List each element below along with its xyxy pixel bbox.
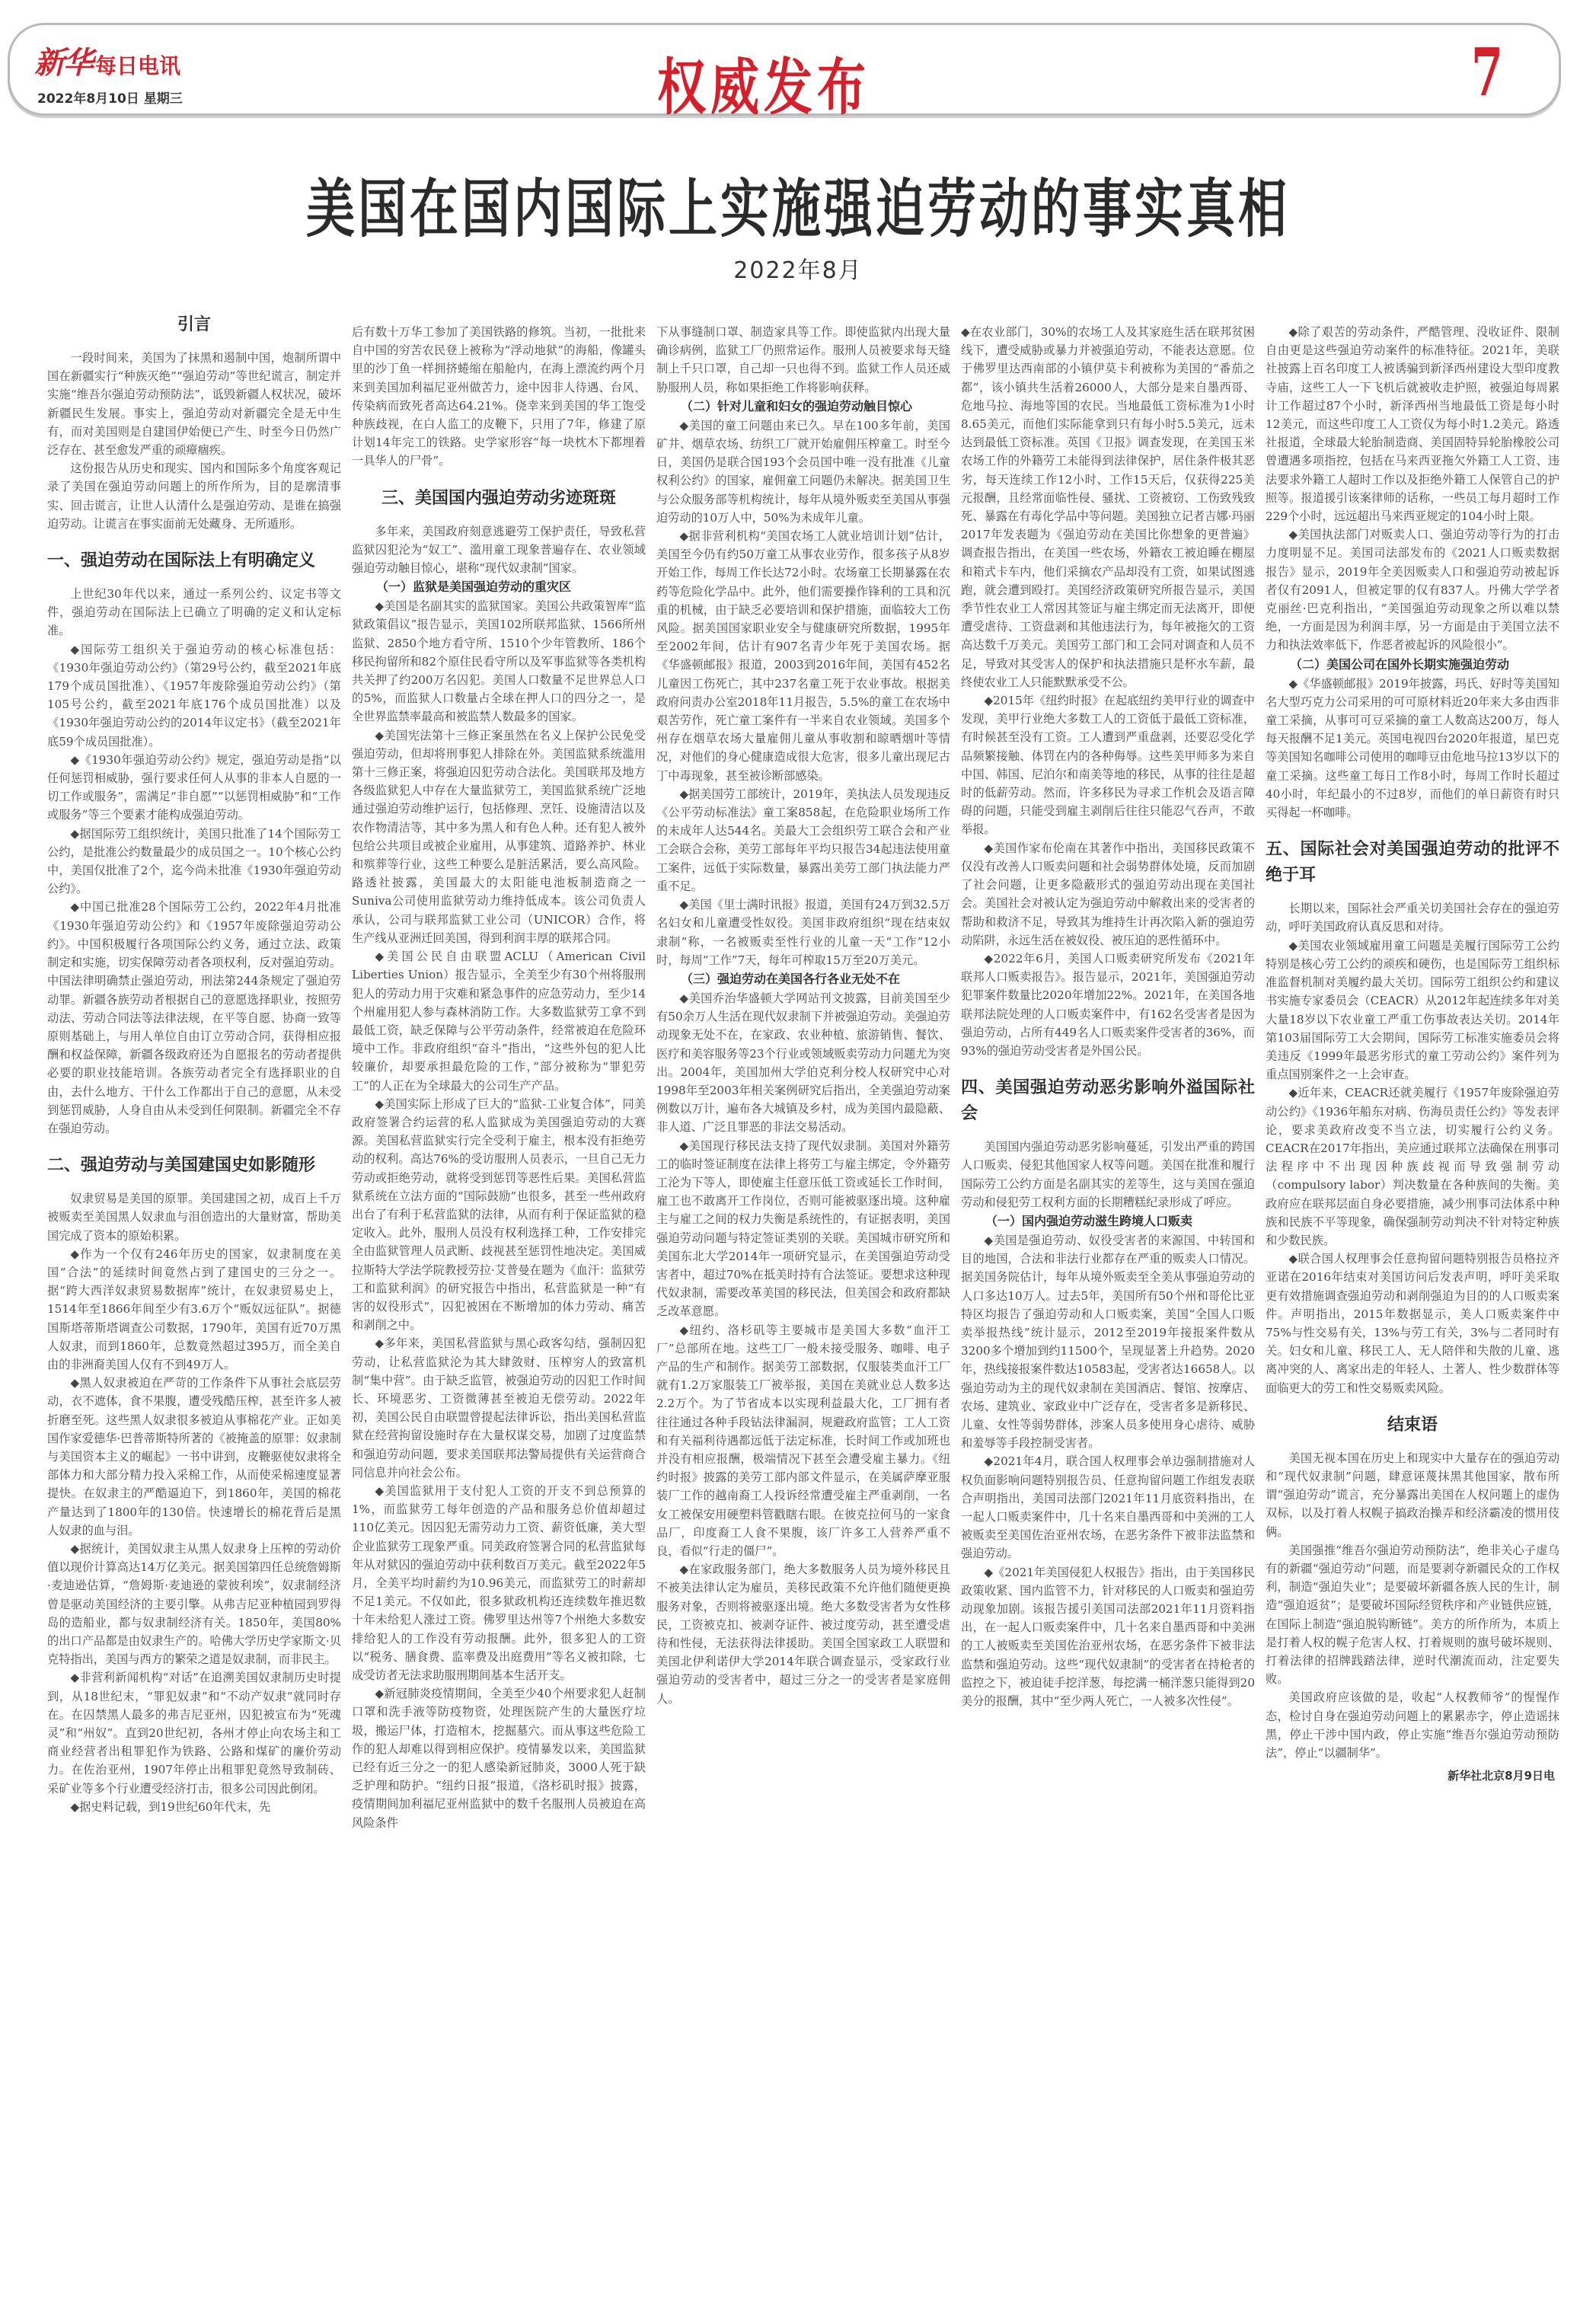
paragraph: ◆美国作家布伦南在其著作中指出，美国移民政策不仅没有改善人口贩卖问题和社会弱势群…	[961, 839, 1255, 950]
paragraph: ◆2015年《纽约时报》在起底纽约美甲行业的调查中发现，美甲行业绝大多数工人的工…	[961, 691, 1255, 839]
paragraph: ◆中国已批准28个国际劳工公约，2022年4月批准《1930年强迫劳动公约》和《…	[47, 898, 341, 1138]
section-heading: 结束语	[1266, 1413, 1559, 1438]
paragraph: ◆美国是强迫劳动、奴役受害者的来源国、中转国和目的地国，合法和非法行业都存在严重…	[961, 1231, 1255, 1452]
paragraph: ◆美国宪法第十三修正案虽然在名义上保护公民免受强迫劳动，但却将刑事犯人排除在外。…	[352, 726, 646, 947]
subsection-heading: （一）监狱是美国强迫劳动的重灾区	[352, 577, 646, 597]
issue-date: 2022年8月10日 星期三	[37, 88, 183, 107]
column-spacer	[352, 297, 646, 323]
byline: 新华社北京8月9日电	[1266, 1767, 1559, 1785]
column-spacer	[961, 297, 1255, 323]
paragraph: ◆纽约、洛杉矶等主要城市是美国大多数“血汗工厂”总部所在地。这些工厂一般未接受服…	[656, 1321, 950, 1561]
paragraph: ◆美国的童工问题由来已久。早在100多年前，美国矿井、烟草农场、纺织工厂就开始雇…	[656, 417, 950, 527]
paragraph: ◆据国际劳工组织统计，美国只批准了14个国际劳工公约，是批准公约数量最少的成员国…	[47, 825, 341, 899]
paragraph: ◆除了艰苦的劳动条件，严酷管理、没收证件、限制自由更是这些强迫劳动案件的标准特征…	[1266, 323, 1559, 525]
section-heading: 四、美国强迫劳动恶劣影响外溢国际社会	[961, 1075, 1255, 1127]
subsection-heading: （二）美国公司在国外长期实施强迫劳动	[1266, 655, 1559, 675]
paragraph: 美国无视本国在历史上和现实中大量存在的强迫劳动和“现代奴隶制”问题，肆意诬蔑抹黑…	[1266, 1449, 1559, 1541]
paragraph: ◆作为一个仅有246年历史的国家，奴隶制度在美国“合法”的延续时间竟然占到了建国…	[47, 1245, 341, 1374]
column-spacer	[1266, 297, 1559, 323]
paragraph: 奴隶贸易是美国的原罪。美国建国之初，成百上千万被贩卖至美国黑人奴隶血与泪创造出的…	[47, 1189, 341, 1245]
paragraph: ◆在农业部门，30%的农场工人及其家庭生活在联邦贫困线下，遭受威胁或暴力并被强迫…	[961, 323, 1255, 691]
section-heading: 二、强迫劳动与美国建国史如影随形	[47, 1153, 341, 1179]
paragraph: 长期以来，国际社会严重关切美国社会存在的强迫劳动，呼吁美国政府认真反思和对待。	[1266, 899, 1559, 936]
section-heading: 五、国际社会对美国强迫劳动的批评不绝于耳	[1266, 837, 1559, 889]
logo-brand: 新华	[34, 39, 92, 82]
logo-subtitle: 每日电讯	[95, 49, 180, 80]
article-date: 2022年8月	[0, 251, 1596, 285]
section-title: 权威发布	[657, 39, 870, 126]
paragraph: ◆据统计，美国奴隶主从黑人奴隶身上压榨的劳动价值以现价计算高达14万亿美元。据美…	[47, 1540, 341, 1668]
paragraph: ◆在家政服务部门，绝大多数服务人员为境外移民且不被美法律认定为雇员，美移民政策不…	[656, 1560, 950, 1708]
column-4: ◆在农业部门，30%的农场工人及其家庭生活在联邦贫困线下，遭受威胁或暴力并被强迫…	[961, 297, 1255, 2292]
paragraph: ◆美国公民自由联盟ACLU（American Civil Liberties U…	[352, 947, 646, 1095]
paragraph: ◆《2021年美国侵犯人权报告》指出，由于美国移民政策收紧、国内监管不力，针对移…	[961, 1563, 1255, 1711]
paragraph: ◆黑人奴隶被迫在严苛的工作条件下从事社会底层劳动，衣不遮体，食不果腹，遭受残酷压…	[47, 1374, 341, 1540]
paragraph: ◆《华盛顿邮报》2019年披露，玛氏、好时等美国知名大型巧克力公司采用的可可原材…	[1266, 675, 1559, 822]
paragraph: 多年来，美国政府刻意逃避劳工保护责任，导致私营监狱囚犯沦为“奴工”、滥用童工现象…	[352, 522, 646, 578]
paragraph: 一段时间来，美国为了抹黑和遏制中国，炮制所谓中国在新疆实行“种族灭绝”“强迫劳动…	[47, 349, 341, 459]
paragraph: ◆据非营利机构“美国农场工人就业培训计划”估计，美国至今仍有约50万童工从事农业…	[656, 527, 950, 785]
paragraph: ◆近年来，CEACR还就美履行《1957年废除强迫劳动公约》《1936年船东对病…	[1266, 1084, 1559, 1250]
paragraph: ◆据史料记载，到19世纪60年代末，先	[47, 1798, 341, 1816]
section-heading: 三、美国国内强迫劳动劣迹斑斑	[352, 486, 646, 512]
subsection-heading: （一）国内强迫劳动滋生跨境人口贩卖	[961, 1211, 1255, 1231]
masthead: 新华 每日电讯 2022年8月10日 星期三 权威发布 7	[8, 23, 1561, 116]
paragraph: 上世纪30年代以来，通过一系列公约、议定书等文件，强迫劳动在国际法上已确立了明确…	[47, 585, 341, 640]
paragraph: 这份报告从历史和现实、国内和国际多个角度客观记录了美国在强迫劳动问题上的所作所为…	[47, 459, 341, 533]
section-heading: 引言	[47, 312, 341, 338]
paragraph: ◆2022年6月，美国人口贩卖研究所发布《2021年联邦人口贩卖报告》。报告显示…	[961, 950, 1255, 1060]
paragraph: ◆联合国人权理事会任意拘留问题特别报告员格拉齐亚诺在2016年结束对美国访问后发…	[1266, 1250, 1559, 1397]
paragraph: ◆美国乔治华盛顿大学网站刊文披露，目前美国至少有50余万人生活在现代奴隶制下并被…	[656, 989, 950, 1137]
newspaper-logo: 新华 每日电讯	[34, 39, 180, 82]
column-3: 下从事缝制口罩、制造家具等工作。即使监狱内出现大量确诊病例，监狱工厂仍照常运作。…	[656, 297, 950, 2292]
paragraph: ◆美国农业领域雇用童工问题是美履行国际劳工公约特别是核心劳工公约的顽疾和硬伤，也…	[1266, 937, 1559, 1084]
paragraph: 美国政府应该做的是，收起“人权教师爷”的惺惺作态，检讨自身在强迫劳动问题上的累累…	[1266, 1688, 1559, 1762]
paragraph: ◆非营利新闻机构“对话”在追溯美国奴隶制历史时提到，从18世纪末，“罪犯奴隶”和…	[47, 1668, 341, 1797]
paragraph: 下从事缝制口罩、制造家具等工作。即使监狱内出现大量确诊病例，监狱工厂仍照常运作。…	[656, 323, 950, 397]
column-spacer	[656, 297, 950, 323]
paragraph: 后有数十万华工参加了美国铁路的修筑。当初，一批批来自中国的穷苦农民登上被称为“浮…	[352, 323, 646, 471]
paragraph: ◆国际劳工组织关于强迫劳动的核心标准包括：《1930年强迫劳动公约》（第29号公…	[47, 640, 341, 751]
article-headline: 美国在国内国际上实施强迫劳动的事实真相	[0, 158, 1596, 250]
page-number: 7	[1471, 34, 1503, 111]
paragraph: ◆新冠肺炎疫情期间，全美至少40个州要求犯人赶制口罩和洗手液等防疫物资，处理医院…	[352, 1684, 646, 1832]
paragraph: ◆多年来，美国私营监狱与黑心政客勾结，强制囚犯劳动，让私营监狱沦为其大肆敛财、压…	[352, 1334, 646, 1482]
paragraph: 美国强推“维吾尔强迫劳动预防法”，绝非关心子虚乌有的新疆“强迫劳动”问题，而是要…	[1266, 1541, 1559, 1689]
paragraph: ◆2021年4月，联合国人权理事会单边强制措施对人权负面影响问题特别报告员、任意…	[961, 1452, 1255, 1563]
subsection-heading: （二）针对儿童和妇女的强迫劳动触目惊心	[656, 397, 950, 417]
paragraph: ◆美国实际上形成了巨大的“监狱-工业复合体”，同美政府签署合约运营的私人监狱成为…	[352, 1095, 646, 1335]
paragraph: ◆美国执法部门对贩卖人口、强迫劳动等行为的打击力度明显不足。美国司法部发布的《2…	[1266, 525, 1559, 654]
paragraph: ◆《1930年强迫劳动公约》规定，强迫劳动是指“以任何惩罚相威胁，强行要求任何人…	[47, 751, 341, 825]
section-heading: 一、强迫劳动在国际法上有明确定义	[47, 548, 341, 574]
column-1: 引言一段时间来，美国为了抹黑和遏制中国，炮制所谓中国在新疆实行“种族灭绝”“强迫…	[47, 297, 341, 2292]
article-body: 引言一段时间来，美国为了抹黑和遏制中国，炮制所谓中国在新疆实行“种族灭绝”“强迫…	[47, 297, 1562, 2292]
paragraph: ◆美国现行移民法支持了现代奴隶制。美国对外籍劳工的临时签证制度在法律上将劳工与雇…	[656, 1137, 950, 1321]
subsection-heading: （三）强迫劳动在美国各行各业无处不在	[656, 969, 950, 989]
column-2: 后有数十万华工参加了美国铁路的修筑。当初，一批批来自中国的穷苦农民登上被称为“浮…	[352, 297, 646, 2292]
column-5: ◆除了艰苦的劳动条件，严酷管理、没收证件、限制自由更是这些强迫劳动案件的标准特征…	[1266, 297, 1559, 2292]
paragraph: 美国国内强迫劳动恶劣影响蔓延，引发出严重的跨国人口贩卖、侵犯其他国家人权等问题。…	[961, 1138, 1255, 1211]
paragraph: ◆美国《里士满时讯报》报道，美国有24万到32.5万名妇女和儿童遭受性奴役。美国…	[656, 895, 950, 969]
paragraph: ◆据美国劳工部统计，2019年，美执法人员发现违反《公平劳动标准法》童工案858…	[656, 785, 950, 895]
paragraph: ◆美国监狱用于支付犯人工资的开支不到总预算的1%，而监狱劳工每年创造的产品和服务…	[352, 1482, 646, 1684]
paragraph: ◆美国是名副其实的监狱国家。美国公共政策智库“监狱政策倡议”报告显示，美国102…	[352, 597, 646, 726]
